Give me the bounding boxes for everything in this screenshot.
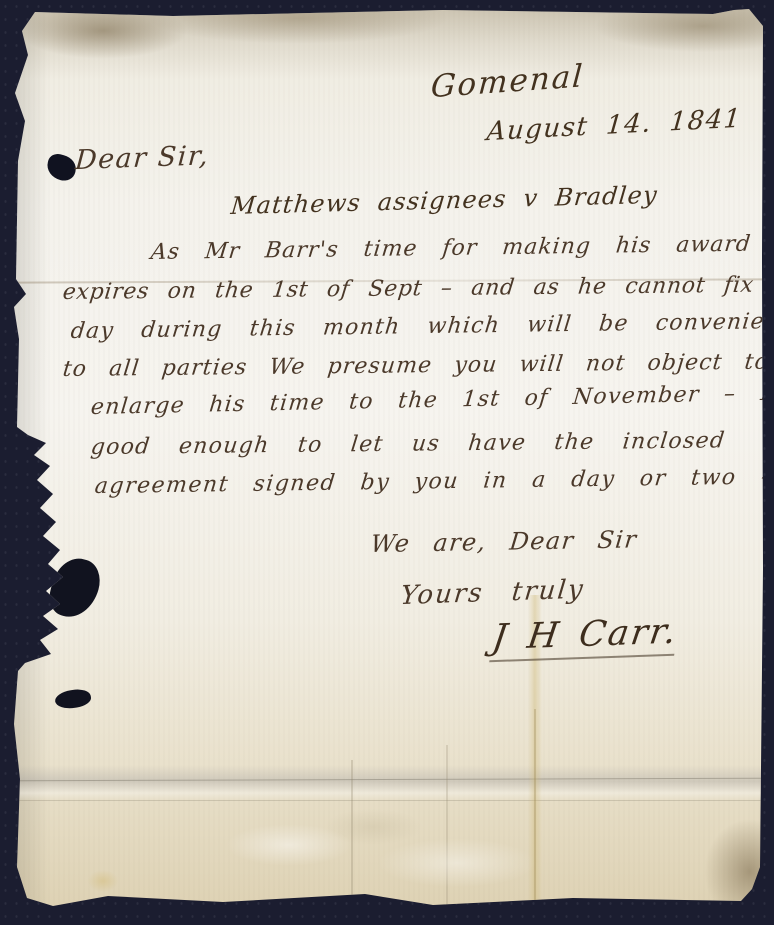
horizontal-crease-bottom — [13, 800, 763, 801]
horizontal-fold-band-lower — [13, 765, 763, 801]
body-line-4: to all parties We presume you will not o… — [62, 352, 771, 381]
salutation: Dear Sir, — [74, 142, 210, 174]
body-line-1: As Mr Barr's time for making his award — [150, 234, 753, 264]
paper-crinkle-texture — [163, 809, 583, 899]
date-line: August 14. 1841 — [486, 106, 743, 146]
horizontal-fold-line-lower — [13, 778, 763, 782]
vertical-crease-left — [351, 760, 353, 907]
top-stain — [13, 9, 763, 87]
valediction: Yours truly — [399, 577, 586, 610]
bottom-right-stain — [673, 789, 763, 907]
letter-photograph: Gomenal August 14. 1841 Dear Sir, Matthe… — [0, 0, 774, 925]
left-edge-shading — [13, 9, 55, 907]
signature: J H Carr. — [489, 615, 680, 663]
vertical-crease-stain-line — [534, 709, 536, 909]
place-line: Gomenal — [430, 61, 585, 103]
closing-line: We are, Dear Sir — [369, 527, 638, 556]
body-line-2: expires on the 1st of Sept – and as he c… — [62, 274, 774, 304]
torn-hole-small — [44, 152, 78, 183]
vertical-crease-mid — [446, 745, 448, 907]
body-line-7: agreement signed by you in a day or two … — [94, 467, 774, 499]
body-line-6: good enough to let us have the inclosed — [90, 430, 727, 459]
body-line-3: day during this month which will be conv… — [70, 311, 774, 343]
bottom-left-spot — [85, 868, 121, 894]
torn-hole-left-middle — [45, 553, 106, 623]
torn-hole-left-lower — [54, 687, 92, 710]
body-line-5: enlarge his time to the 1st of November … — [90, 382, 774, 419]
letter-paper: Gomenal August 14. 1841 Dear Sir, Matthe… — [13, 9, 763, 907]
case-reference: Matthews assignees v Bradley — [230, 183, 659, 218]
